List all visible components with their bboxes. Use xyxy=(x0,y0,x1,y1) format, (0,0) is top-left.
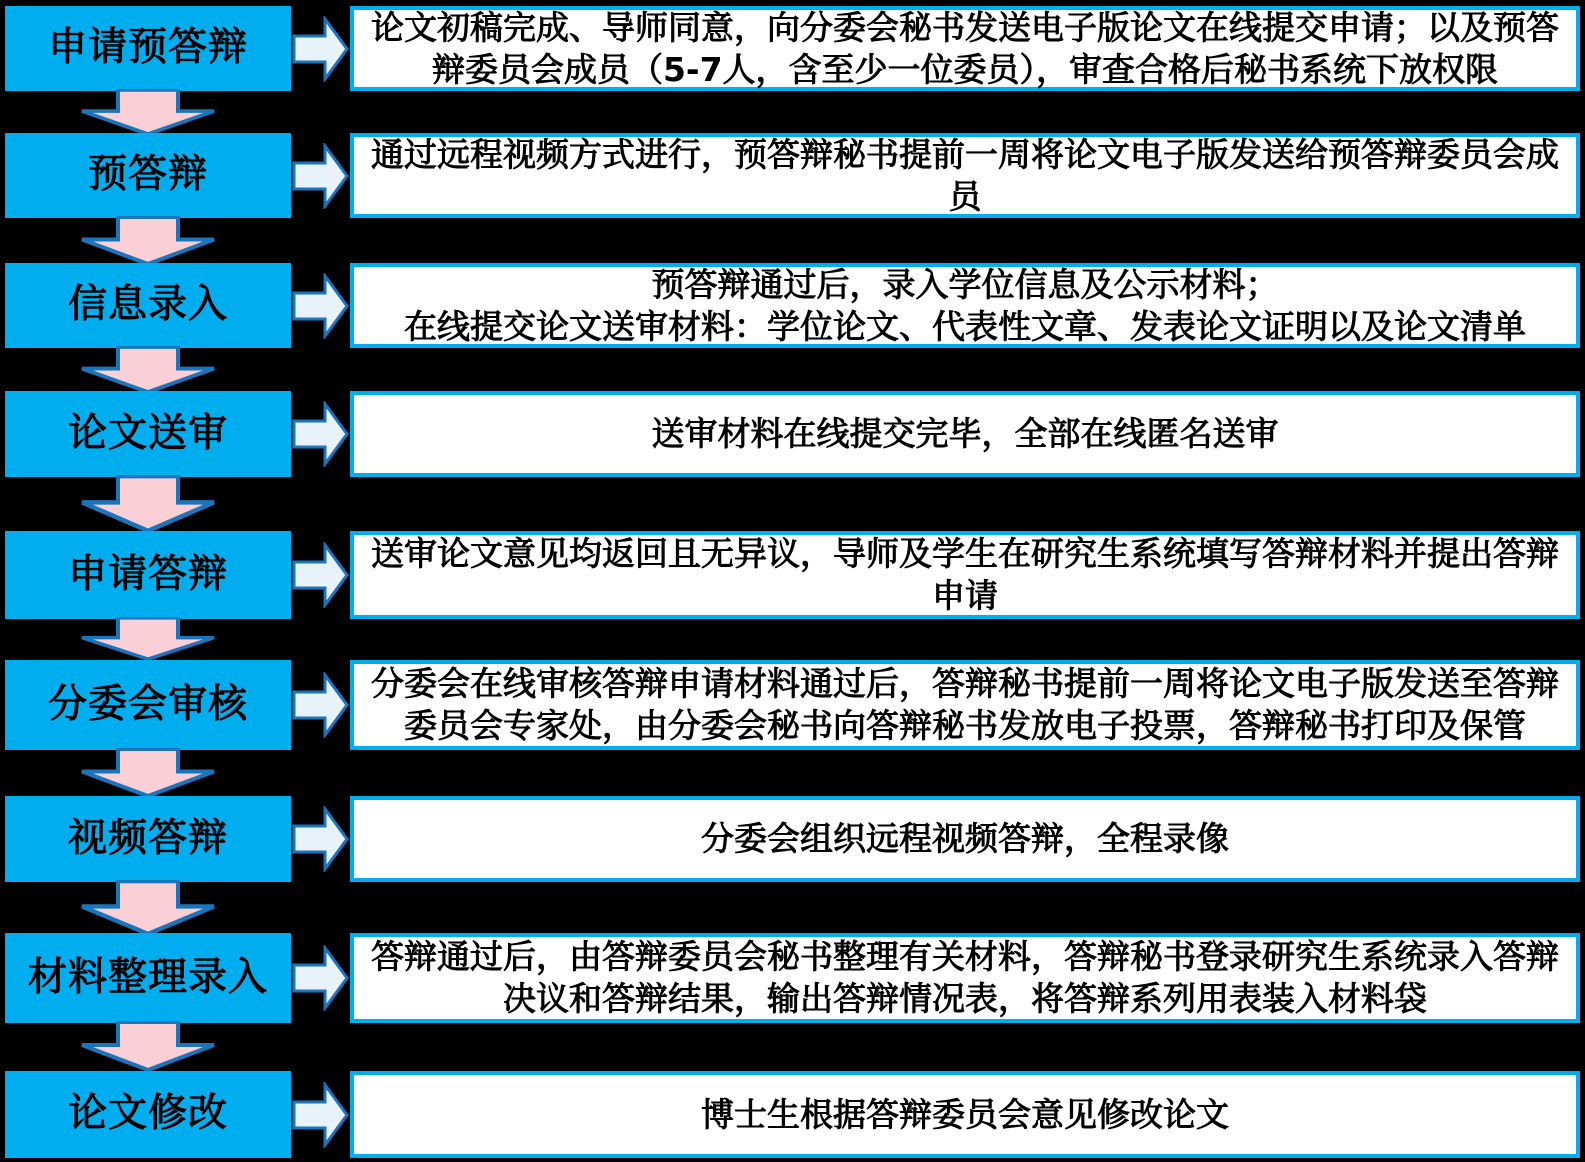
step-label: 论文修改 xyxy=(68,1093,228,1136)
right-arrow-icon xyxy=(292,16,349,82)
step-label: 材料整理录入 xyxy=(28,957,268,1000)
desc-text: 通过远程视频方式进行，预答辩秘书提前一周将论文电子版发送给预答辩委员会成员 xyxy=(366,134,1564,218)
down-arrow-icon xyxy=(80,475,216,532)
down-arrow-icon xyxy=(80,216,216,265)
desc-box: 送审论文意见均返回且无异议，导师及学生在研究生系统填写答辩材料并提出答辩申请 xyxy=(350,531,1580,619)
flow-row: 分委会审核 分委会在线审核答辩申请材料通过后，答辩秘书提前一周将论文电子版发送至… xyxy=(0,660,1585,750)
step-label: 申请答辩 xyxy=(68,554,228,597)
down-arrow-icon xyxy=(80,748,216,797)
down-arrow-icon xyxy=(80,346,216,393)
right-arrow-icon xyxy=(292,542,349,608)
desc-text: 论文初稿完成、导师同意，向分委会秘书发送电子版论文在线提交申请；以及预答辩委员会… xyxy=(366,7,1564,91)
down-arrow-icon xyxy=(80,880,216,935)
step-box: 视频答辩 xyxy=(5,796,291,882)
down-arrow-icon xyxy=(80,89,216,135)
desc-text: 答辩通过后，由答辩委员会秘书整理有关材料，答辩秘书登录研究生系统录入答辩决议和答… xyxy=(366,936,1564,1020)
step-box: 预答辩 xyxy=(5,133,291,218)
step-box: 分委会审核 xyxy=(5,660,291,750)
down-arrow-icon xyxy=(80,617,216,660)
step-label: 申请预答辩 xyxy=(48,27,248,70)
step-label: 分委会审核 xyxy=(48,684,248,727)
flow-row: 预答辩 通过远程视频方式进行，预答辩秘书提前一周将论文电子版发送给预答辩委员会成… xyxy=(0,133,1585,218)
desc-text: 分委会在线审核答辩申请材料通过后，答辩秘书提前一周将论文电子版发送至答辩委员会专… xyxy=(366,663,1564,747)
desc-box: 答辩通过后，由答辩委员会秘书整理有关材料，答辩秘书登录研究生系统录入答辩决议和答… xyxy=(350,933,1580,1023)
step-box: 信息录入 xyxy=(5,263,291,348)
desc-box: 分委会组织远程视频答辩，全程录像 xyxy=(350,796,1580,882)
flowchart: 申请预答辩 论文初稿完成、导师同意，向分委会秘书发送电子版论文在线提交申请；以及… xyxy=(0,0,1585,1162)
step-box: 申请答辩 xyxy=(5,531,291,619)
step-label: 论文送审 xyxy=(68,413,228,456)
desc-box: 送审材料在线提交完毕，全部在线匿名送审 xyxy=(350,391,1580,477)
down-arrow-icon xyxy=(80,1021,216,1071)
right-arrow-icon xyxy=(292,273,349,339)
desc-text: 预答辩通过后，录入学位信息及公示材料； 在线提交论文送审材料：学位论文、代表性文… xyxy=(366,264,1564,348)
step-box: 论文修改 xyxy=(5,1071,291,1158)
step-box: 申请预答辩 xyxy=(5,6,291,91)
desc-text: 送审材料在线提交完毕，全部在线匿名送审 xyxy=(366,413,1564,455)
flow-row: 申请预答辩 论文初稿完成、导师同意，向分委会秘书发送电子版论文在线提交申请；以及… xyxy=(0,6,1585,91)
desc-box: 博士生根据答辩委员会意见修改论文 xyxy=(350,1071,1580,1158)
step-box: 材料整理录入 xyxy=(5,933,291,1023)
flow-row: 视频答辩 分委会组织远程视频答辩，全程录像 xyxy=(0,796,1585,882)
step-label: 信息录入 xyxy=(68,284,228,327)
right-arrow-icon xyxy=(292,945,349,1011)
flow-row: 论文修改 博士生根据答辩委员会意见修改论文 xyxy=(0,1071,1585,1158)
flow-row: 信息录入 预答辩通过后，录入学位信息及公示材料； 在线提交论文送审材料：学位论文… xyxy=(0,263,1585,348)
right-arrow-icon xyxy=(292,806,349,872)
desc-box: 分委会在线审核答辩申请材料通过后，答辩秘书提前一周将论文电子版发送至答辩委员会专… xyxy=(350,660,1580,750)
desc-text: 分委会组织远程视频答辩，全程录像 xyxy=(366,818,1564,860)
flow-row: 申请答辩 送审论文意见均返回且无异议，导师及学生在研究生系统填写答辩材料并提出答… xyxy=(0,531,1585,619)
desc-box: 预答辩通过后，录入学位信息及公示材料； 在线提交论文送审材料：学位论文、代表性文… xyxy=(350,263,1580,348)
desc-text: 博士生根据答辩委员会意见修改论文 xyxy=(366,1094,1564,1136)
step-label: 视频答辩 xyxy=(68,818,228,861)
desc-text: 送审论文意见均返回且无异议，导师及学生在研究生系统填写答辩材料并提出答辩申请 xyxy=(366,533,1564,617)
flow-row: 材料整理录入 答辩通过后，由答辩委员会秘书整理有关材料，答辩秘书登录研究生系统录… xyxy=(0,933,1585,1023)
desc-box: 通过远程视频方式进行，预答辩秘书提前一周将论文电子版发送给预答辩委员会成员 xyxy=(350,133,1580,218)
right-arrow-icon xyxy=(292,672,349,738)
desc-box: 论文初稿完成、导师同意，向分委会秘书发送电子版论文在线提交申请；以及预答辩委员会… xyxy=(350,6,1580,91)
right-arrow-icon xyxy=(292,143,349,209)
right-arrow-icon xyxy=(292,1082,349,1148)
flow-row: 论文送审 送审材料在线提交完毕，全部在线匿名送审 xyxy=(0,391,1585,477)
right-arrow-icon xyxy=(292,401,349,467)
step-box: 论文送审 xyxy=(5,391,291,477)
step-label: 预答辩 xyxy=(88,154,208,197)
